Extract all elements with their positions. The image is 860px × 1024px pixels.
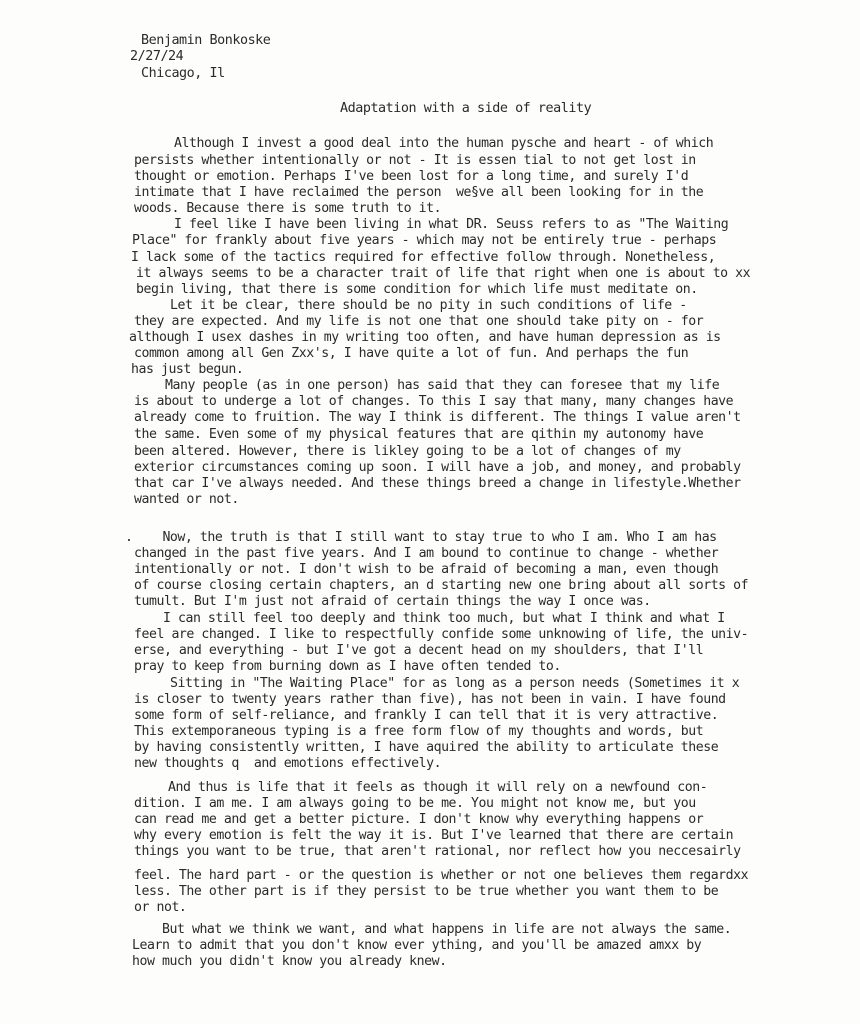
text-line: Learn to admit that you don't know ever … <box>132 938 701 954</box>
text-line: already come to fruition. The way I thin… <box>134 410 741 426</box>
document-date: 2/27/24 <box>130 49 183 65</box>
document-location: Chicago, Il <box>141 66 225 82</box>
text-line: begin living, that there is some conditi… <box>136 282 698 298</box>
text-line: how much you didn't know you already kne… <box>132 954 447 970</box>
text-line: has just begun. <box>131 362 243 378</box>
text-line: Many people (as in one person) has said … <box>165 378 719 394</box>
text-line: erse, and everything - but I've got a de… <box>134 643 703 659</box>
document-title: Adaptation with a side of reality <box>340 101 591 117</box>
text-line: wanted or not. <box>134 492 239 508</box>
text-line: is closer to twenty years rather than fi… <box>134 692 726 708</box>
text-line: . Now, the truth is that I still want to… <box>125 530 717 546</box>
text-line: dition. I am me. I am always going to be… <box>134 796 696 812</box>
text-line: some form of self-reliance, and frankly … <box>134 708 718 724</box>
text-line: tumult. But I'm just not afraid of certa… <box>134 594 651 610</box>
text-line: less. The other part is if they persist … <box>134 884 718 900</box>
text-line: But what we think we want, and what happ… <box>162 922 731 938</box>
text-line: although I usex dashes in my writing too… <box>129 330 721 346</box>
text-line: And thus is life that it feels as though… <box>168 780 707 796</box>
text-line: by having consistently written, I have a… <box>134 740 718 756</box>
text-line: pray to keep from burning down as I have… <box>134 659 561 675</box>
text-line: persists whether intentionally or not - … <box>134 153 696 169</box>
text-line: thought or emotion. Perhaps I've been lo… <box>134 169 688 185</box>
text-line: changed in the past five years. And I am… <box>134 546 718 562</box>
text-line: common among all Gen Zxx's, I have quite… <box>134 346 688 362</box>
text-line: This extemporaneous typing is a free for… <box>134 724 703 740</box>
text-line: feel. The hard part - or the question is… <box>134 868 748 884</box>
text-line: is about to underge a lot of changes. To… <box>134 394 733 410</box>
text-line: why every emotion is felt the way it is.… <box>134 828 733 844</box>
text-line: the same. Even some of my physical featu… <box>134 427 703 443</box>
text-line: woods. Because there is some truth to it… <box>134 201 441 217</box>
text-line: can read me and get a better picture. I … <box>134 812 703 828</box>
text-line: Place" for frankly about five years - wh… <box>132 233 716 249</box>
typed-page: Benjamin Bonkoske 2/27/24 Chicago, Il Ad… <box>0 0 860 1024</box>
text-line: been altered. However, there is likley g… <box>134 444 681 460</box>
text-line: exterior circumstances coming up soon. I… <box>134 460 741 476</box>
text-line: I can still feel too deeply and think to… <box>163 611 725 627</box>
text-line: intentionally or not. I don't wish to be… <box>134 562 718 578</box>
text-line: they are expected. And my life is not on… <box>134 314 703 330</box>
text-line: Although I invest a good deal into the h… <box>174 136 713 152</box>
author-name: Benjamin Bonkoske <box>141 33 270 49</box>
text-line: Sitting in "The Waiting Place" for as lo… <box>170 676 739 692</box>
text-line: of course closing certain chapters, an d… <box>134 578 748 594</box>
text-line: I lack some of the tactics required for … <box>131 250 715 266</box>
text-line: I feel like I have been living in what D… <box>174 217 728 233</box>
text-line: that car I've always needed. And these t… <box>134 476 741 492</box>
text-line: or not. <box>134 900 186 916</box>
text-line: intimate that I have reclaimed the perso… <box>134 185 703 201</box>
text-line: things you want to be true, that aren't … <box>134 844 741 860</box>
text-line: Let it be clear, there should be no pity… <box>170 298 687 314</box>
text-line: it always seems to be a character trait … <box>136 266 750 282</box>
text-line: feel are changed. I like to respectfully… <box>134 627 748 643</box>
text-line: new thoughts q and emotions effectively. <box>134 756 441 772</box>
